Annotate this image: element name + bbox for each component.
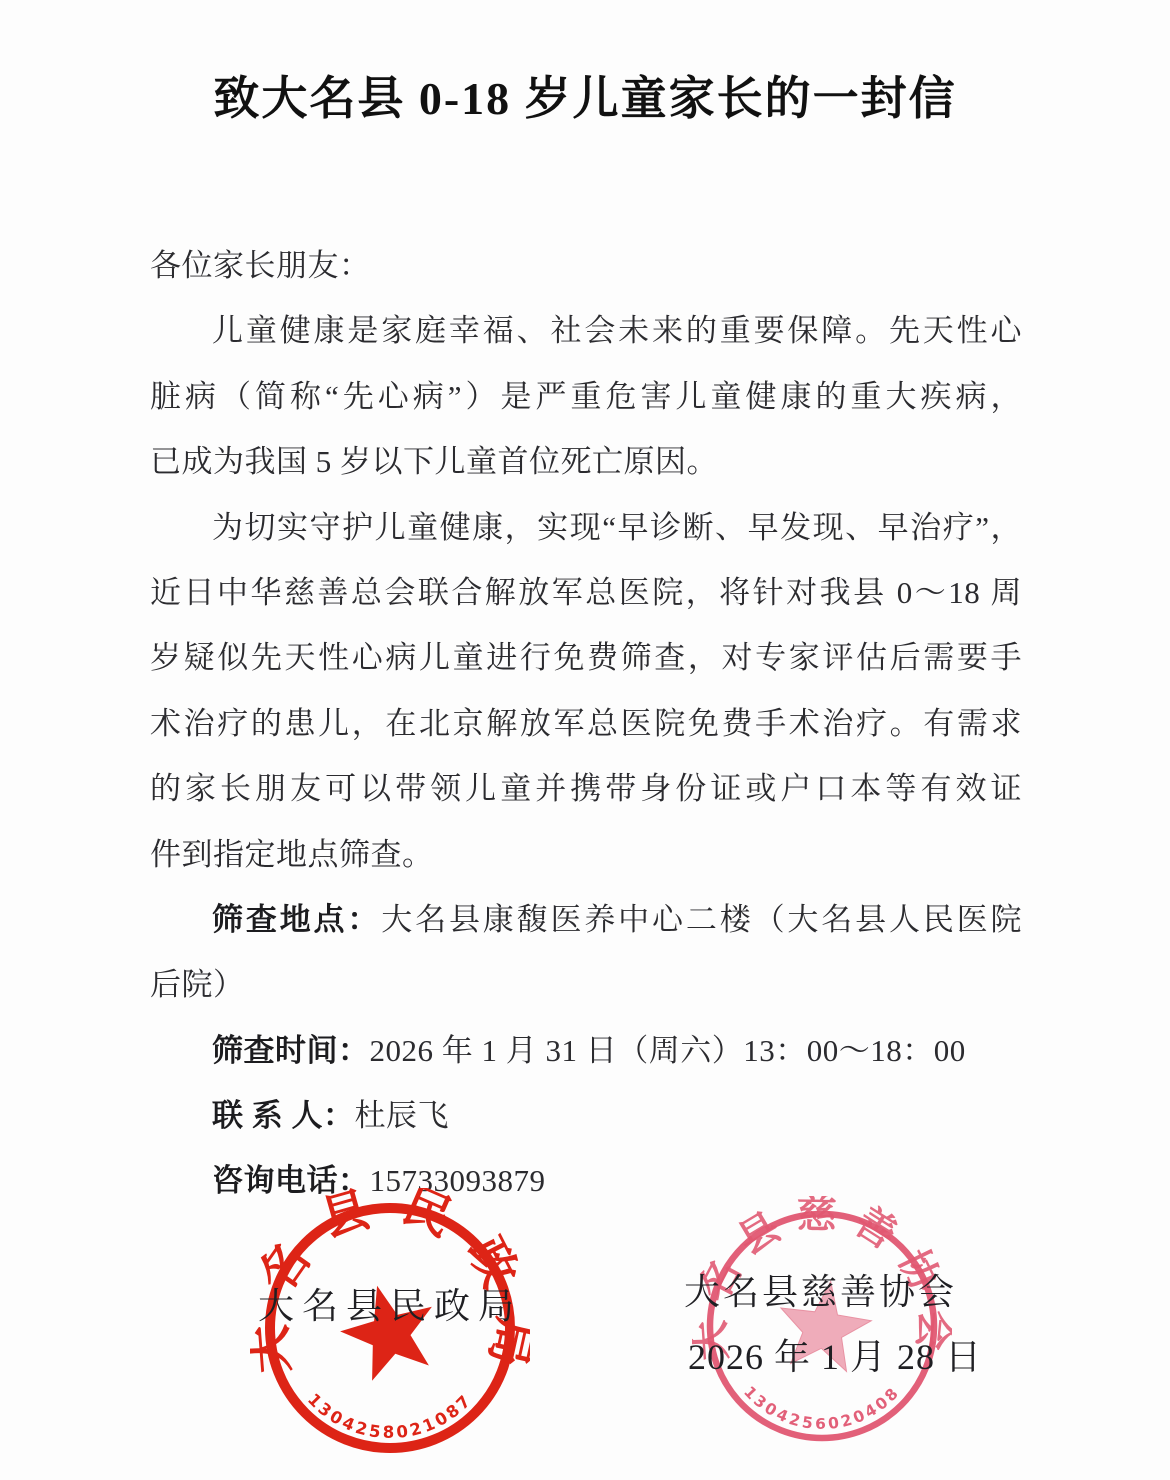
contact-person-value: 杜辰飞: [355, 1098, 450, 1133]
salutation: 各位家长朋友：: [150, 233, 1022, 298]
screening-time-line: 筛查时间：2026 年 1 月 31 日（周六）13：00～18：00: [150, 1018, 1022, 1083]
paragraph-line: 件到指定地点筛查。: [150, 822, 1022, 887]
signature-civil-affairs-bureau: 大名县民政局: [258, 1278, 522, 1329]
letter-body: 各位家长朋友： 儿童健康是家庭幸福、社会未来的重要保障。先天性心 脏病（简称“先…: [150, 233, 1022, 1214]
letter-document: 致大名县 0-18 岁儿童家长的一封信 各位家长朋友： 儿童健康是家庭幸福、社会…: [0, 0, 1170, 1480]
paragraph-line: 岁疑似先天性心病儿童进行免费筛查，对专家评估后需要手: [150, 625, 1022, 690]
paragraph-line: 术治疗的患儿，在北京解放军总医院免费手术治疗。有需求: [150, 691, 1022, 756]
screening-time-label: 筛查时间：: [212, 1033, 370, 1068]
paragraph-line: 近日中华慈善总会联合解放军总医院，将针对我县 0～18 周: [150, 560, 1022, 625]
signature-charity-association: 大名县慈善协会: [684, 1264, 957, 1315]
screening-location-continued: 后院）: [150, 952, 1022, 1017]
screening-location-label: 筛查地点：: [212, 902, 381, 937]
paragraph-line: 的家长朋友可以带领儿童并携带身份证或户口本等有效证: [150, 756, 1022, 821]
screening-location-value: 大名县康馥医养中心二楼（大名县人民医院: [381, 902, 1022, 937]
paragraph-line: 脏病（简称“先心病”）是严重危害儿童健康的重大疾病，: [150, 364, 1022, 429]
contact-person-line: 联 系 人：杜辰飞: [150, 1083, 1022, 1148]
page-title: 致大名县 0-18 岁儿童家长的一封信: [0, 62, 1170, 128]
screening-location-line: 筛查地点：大名县康馥医养中心二楼（大名县人民医院: [150, 887, 1022, 952]
paragraph-line: 为切实守护儿童健康，实现“早诊断、早发现、早治疗”，: [150, 495, 1022, 560]
contact-person-label: 联 系 人：: [212, 1098, 355, 1133]
signature-date: 2026 年 1 月 28 日: [688, 1329, 982, 1380]
paragraph-line: 已成为我国 5 岁以下儿童首位死亡原因。: [150, 429, 1022, 494]
screening-time-value: 2026 年 1 月 31 日（周六）13：00～18：00: [370, 1033, 966, 1068]
charity-association-seal: 大名县慈善协会 1304256020408: [692, 1196, 952, 1456]
paragraph-line: 儿童健康是家庭幸福、社会未来的重要保障。先天性心: [150, 298, 1022, 363]
